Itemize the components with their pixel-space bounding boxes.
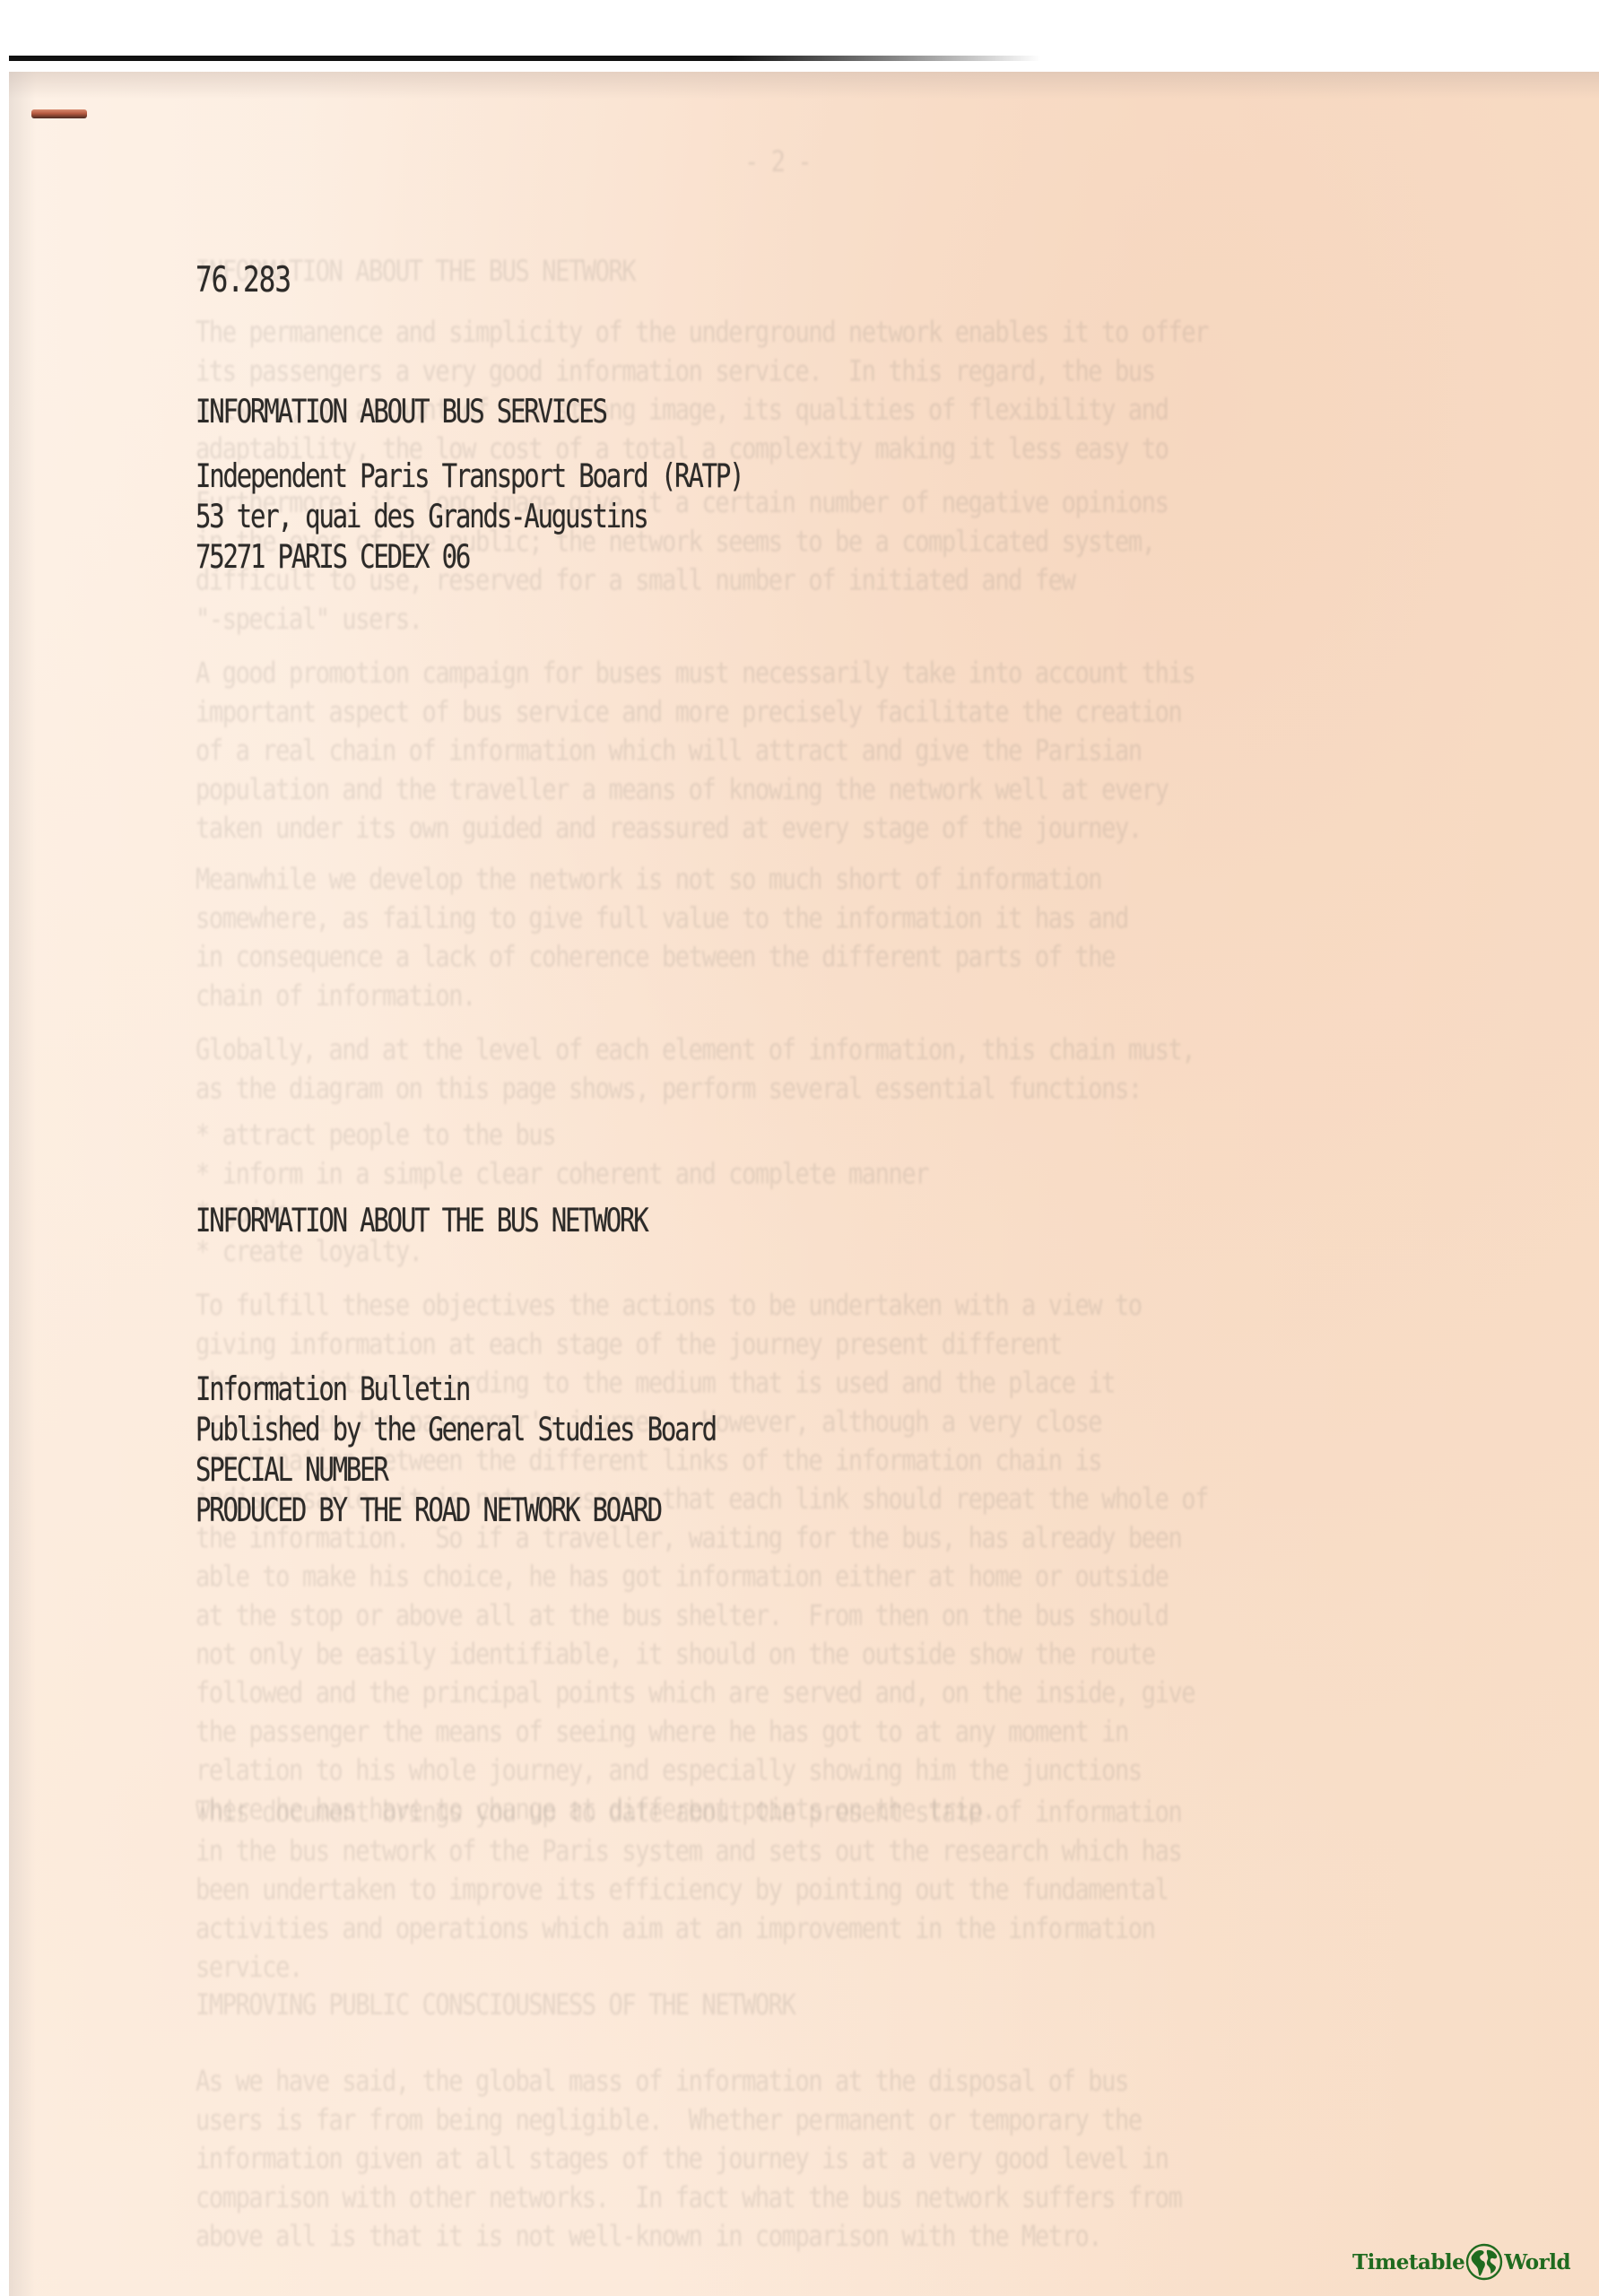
bulletin-block: Information BulletinPublished by the Gen… [196,1369,716,1530]
ghost-paragraph: This document brings you up to date abou… [196,1794,1505,1987]
document-title-network: INFORMATION ABOUT THE BUS NETWORK [196,1200,647,1240]
globe-icon [1465,2243,1503,2281]
organization-city: 75271 PARIS CEDEX 06 [196,536,743,577]
bulletin-edition: SPECIAL NUMBER [196,1449,716,1490]
ghost-paragraph: A good promotion campaign for buses must… [196,655,1505,848]
document-title-services: INFORMATION ABOUT BUS SERVICES [196,391,606,431]
scan-edge-shadow [9,56,1040,61]
bulletin-type: Information Bulletin [196,1369,716,1409]
logo-right-text: World [1504,2250,1570,2274]
ghost-heading: INFORMATION ABOUT THE BUS NETWORK [196,253,1505,291]
bulletin-publisher: Published by the General Studies Board [196,1409,716,1449]
timetable-world-logo: Timetable World [1352,2239,1570,2284]
ghost-paragraph: Meanwhile we develop the network is not … [196,861,1505,1016]
ghost-bullets: * attract people to the bus * inform in … [196,1117,1505,1272]
page-top-shadow [9,72,1599,99]
document-number: 76.283 [196,260,291,300]
organization-block: Independent Paris Transport Board (RATP)… [196,456,743,577]
bulletin-producer: PRODUCED BY THE ROAD NETWORK BOARD [196,1490,716,1530]
ghost-page-marker: - 2 - [744,143,1599,182]
page-left-shadow [9,72,36,2296]
logo-left-text: Timetable [1352,2250,1464,2274]
organization-name: Independent Paris Transport Board (RATP) [196,456,743,496]
ghost-paragraph: Globally, and at the level of each eleme… [196,1031,1505,1109]
ghost-heading: IMPROVING PUBLIC CONSCIOUSNESS OF THE NE… [196,1987,1505,2025]
margin-marker [31,109,87,118]
scan-margin [0,0,1599,56]
ghost-paragraph: As we have said, the global mass of info… [196,2063,1505,2257]
organization-address: 53 ter, quai des Grands-Augustins [196,496,743,536]
